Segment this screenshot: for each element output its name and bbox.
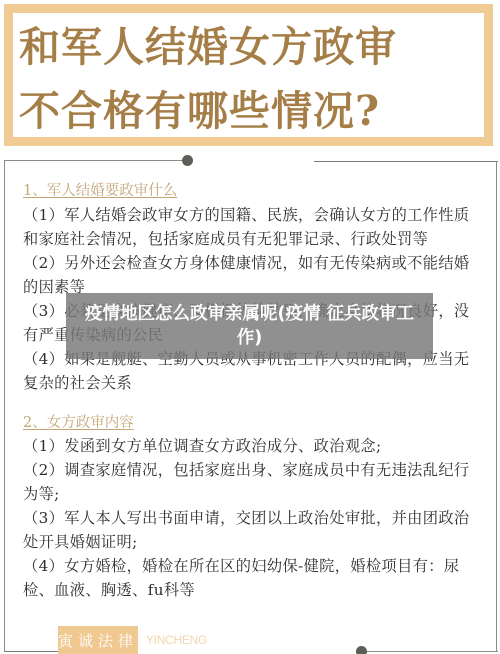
section-1-item-1: （1）军人结婚会政审女方的国籍、民族，会确认女方的工作性质和家庭社会情况，包括家… — [23, 203, 483, 251]
section-2-item-1: （1）发函到女方单位调查女方政治成分、政治观念; — [23, 434, 483, 458]
frame-top-left-border — [4, 160, 188, 161]
brand-name-cn: 寅诚法律 — [58, 630, 138, 651]
title-card: 和军人结婚女方政审 不合格有哪些情况? — [4, 4, 493, 146]
title-line-2: 不合格有哪些情况? — [19, 91, 380, 132]
frame-dot-top-icon — [182, 155, 193, 166]
section-1-item-2: （2）另外还会检查女方身体健康情况，如有无传染病或不能结婚的因素等 — [23, 251, 483, 299]
frame-dot-bottom-icon — [356, 646, 367, 654]
section-2-heading: 2、女方政审内容 — [23, 411, 134, 432]
section-2-item-4: （4）女方婚检，婚检在所在区的妇幼保-健院，婚检项目有：尿检、血液、胸透、fu科… — [23, 554, 483, 602]
frame-bottom-left-border — [4, 651, 60, 652]
frame-top-right-border — [314, 161, 498, 162]
section-1-heading: 1、军人结婚要政审什么 — [23, 179, 177, 200]
section-2-body: （1）发函到女方单位调查女方政治成分、政治观念; （2）调查家庭情况，包括家庭出… — [23, 434, 483, 602]
frame-left-border — [4, 160, 5, 652]
frame-bottom-right-border — [362, 651, 498, 652]
frame-right-border — [496, 161, 497, 651]
caption-overlay-text: 疫情地区怎么政审亲属呢(疫情 征兵政审工作) — [85, 302, 415, 350]
section-2-item-3: （3）军人本人写出书面申请，交团以上政治处审批，并由团政治处开具婚姻证明; — [23, 506, 483, 554]
brand-name-en: YINCHENG — [146, 633, 207, 647]
section-2-item-2: （2）调查家庭情况，包括家庭出身、家庭成员中有无违法乱纪行为等; — [23, 458, 483, 506]
brand-logo-box: 寅诚法律 — [58, 626, 138, 654]
caption-overlay: 疫情地区怎么政审亲属呢(疫情 征兵政审工作) — [66, 293, 433, 359]
title-line-1: 和军人结婚女方政审 — [19, 27, 397, 68]
